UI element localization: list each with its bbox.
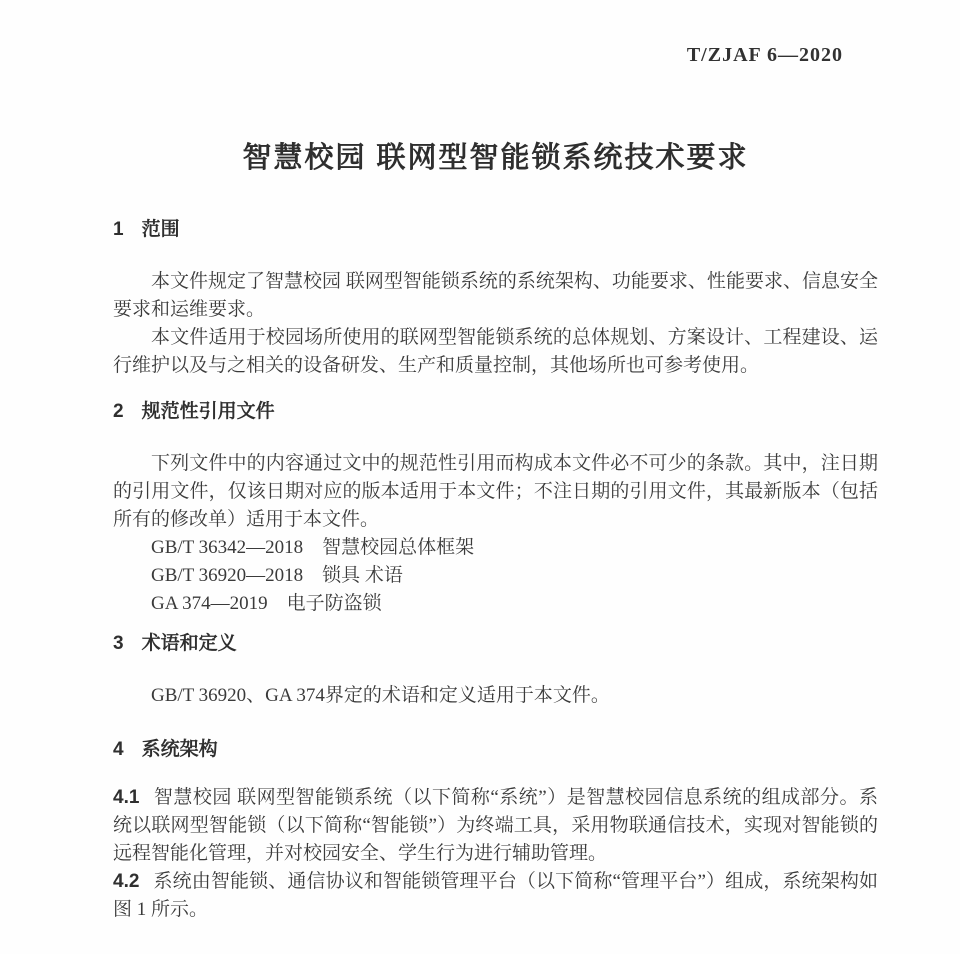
section-architecture-heading: 4系统架构: [113, 738, 878, 762]
section-terms-heading: 3术语和定义: [113, 632, 878, 656]
section-scope: 1范围 本文件规定了智慧校园 联网型智能锁系统的系统架构、功能要求、性能要求、信…: [113, 218, 878, 380]
section-scope-heading: 1范围: [113, 218, 878, 242]
clause-4-2-number: 4.2: [113, 871, 139, 892]
doc-code: T/ZJAF 6—2020: [0, 0, 960, 66]
clause-4-1-number: 4.1: [113, 787, 139, 808]
section-scope-title: 范围: [142, 219, 180, 240]
clause-4-1: 4.1智慧校园 联网型智能锁系统（以下简称“系统”）是智慧校园信息系统的组成部分…: [113, 784, 878, 868]
section-architecture-number: 4: [113, 738, 124, 762]
section-normative-references: 2规范性引用文件 下列文件中的内容通过文中的规范性引用而构成本文件必不可少的条款…: [113, 400, 878, 618]
section-references-title: 规范性引用文件: [142, 401, 275, 422]
scope-paragraph-2: 本文件适用于校园场所使用的联网型智能锁系统的总体规划、方案设计、工程建设、运行维…: [113, 324, 878, 380]
section-references-heading: 2规范性引用文件: [113, 400, 878, 424]
section-terms-definitions: 3术语和定义 GB/T 36920、GA 374界定的术语和定义适用于本文件。: [113, 632, 878, 710]
section-terms-title: 术语和定义: [142, 633, 237, 654]
reference-list: GB/T 36342—2018 智慧校园总体框架 GB/T 36920—2018…: [113, 534, 878, 618]
references-intro-paragraph: 下列文件中的内容通过文中的规范性引用而构成本文件必不可少的条款。其中，注日期的引…: [113, 450, 878, 534]
document-content: 智慧校园 联网型智能锁系统技术要求 1范围 本文件规定了智慧校园 联网型智能锁系…: [0, 140, 960, 924]
scope-paragraph-1: 本文件规定了智慧校园 联网型智能锁系统的系统架构、功能要求、性能要求、信息安全要…: [113, 268, 878, 324]
reference-item-gbt36342: GB/T 36342—2018 智慧校园总体框架: [113, 534, 878, 562]
terms-paragraph: GB/T 36920、GA 374界定的术语和定义适用于本文件。: [113, 682, 878, 710]
section-architecture-title: 系统架构: [142, 739, 218, 760]
reference-item-gbt36920: GB/T 36920—2018 锁具 术语: [113, 562, 878, 590]
section-terms-number: 3: [113, 632, 124, 656]
document-page: T/ZJAF 6—2020 智慧校园 联网型智能锁系统技术要求 1范围 本文件规…: [0, 0, 960, 954]
clause-4-1-text: 智慧校园 联网型智能锁系统（以下简称“系统”）是智慧校园信息系统的组成部分。系统…: [113, 787, 878, 864]
doc-title: 智慧校园 联网型智能锁系统技术要求: [113, 140, 878, 176]
section-references-number: 2: [113, 400, 124, 424]
clause-4-2-text: 系统由智能锁、通信协议和智能锁管理平台（以下简称“管理平台”）组成，系统架构如图…: [113, 871, 878, 920]
reference-item-ga374: GA 374—2019 电子防盗锁: [113, 590, 878, 618]
section-scope-number: 1: [113, 218, 124, 242]
section-system-architecture: 4系统架构 4.1智慧校园 联网型智能锁系统（以下简称“系统”）是智慧校园信息系…: [113, 738, 878, 924]
clause-4-2: 4.2系统由智能锁、通信协议和智能锁管理平台（以下简称“管理平台”）组成，系统架…: [113, 868, 878, 924]
